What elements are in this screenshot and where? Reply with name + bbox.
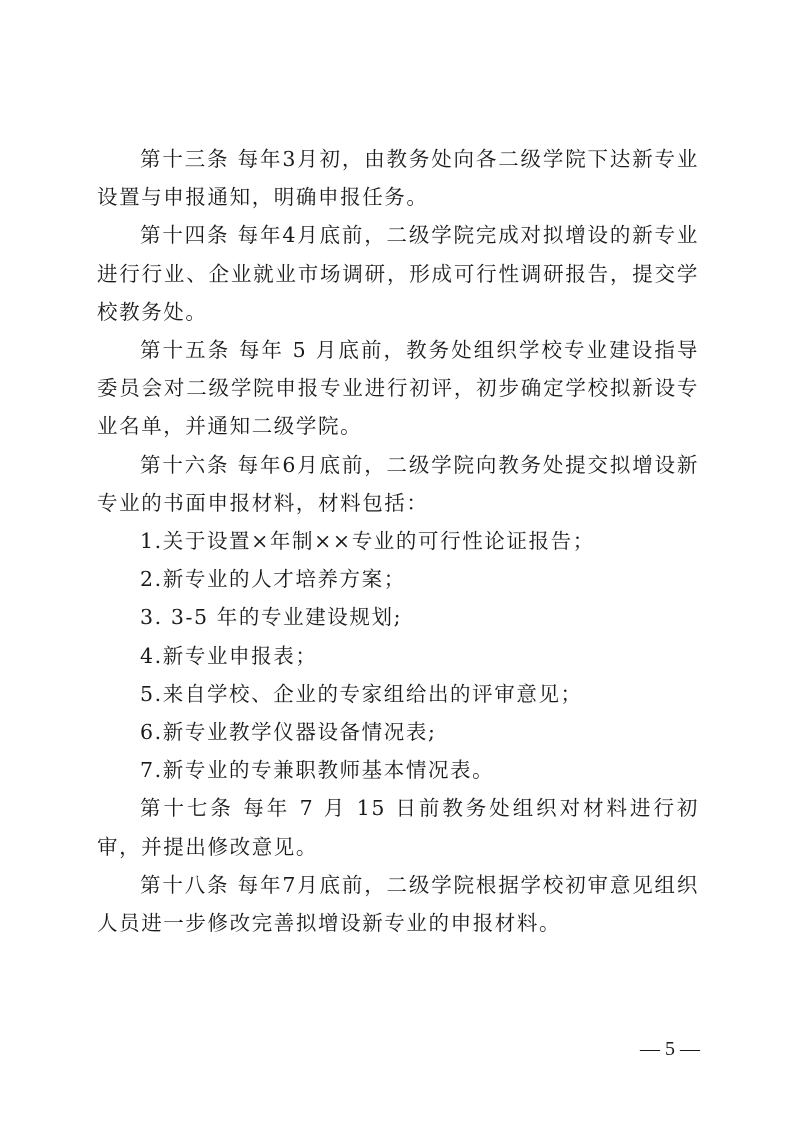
article-16: 第十六条 每年6月底前，二级学院向教务处提交拟增设新专业的书面申报材料，材料包括…	[97, 446, 699, 522]
list-item: 4.新专业申报表；	[97, 637, 699, 675]
article-13: 第十三条 每年3月初，由教务处向各二级学院下达新专业设置与申报通知，明确申报任务…	[97, 140, 699, 216]
list-item: 5.来自学校、企业的专家组给出的评审意见；	[97, 675, 699, 713]
document-body: 第十三条 每年3月初，由教务处向各二级学院下达新专业设置与申报通知，明确申报任务…	[97, 140, 699, 942]
list-item: 1.关于设置×年制××专业的可行性论证报告；	[97, 522, 699, 560]
page-number: — 5 —	[640, 1038, 700, 1061]
list-item: 3. 3-5 年的专业建设规划;	[97, 598, 699, 636]
list-item: 6.新专业教学仪器设备情况表;	[97, 713, 699, 751]
article-17: 第十七条 每年 7 月 15 日前教务处组织对材料进行初审，并提出修改意见。	[97, 789, 699, 865]
article-15: 第十五条 每年 5 月底前，教务处组织学校专业建设指导委员会对二级学院申报专业进…	[97, 331, 699, 446]
list-item: 2.新专业的人才培养方案；	[97, 560, 699, 598]
article-14: 第十四条 每年4月底前，二级学院完成对拟增设的新专业进行行业、企业就业市场调研，…	[97, 216, 699, 331]
list-item: 7.新专业的专兼职教师基本情况表。	[97, 751, 699, 789]
document-page: 第十三条 每年3月初，由教务处向各二级学院下达新专业设置与申报通知，明确申报任务…	[0, 0, 793, 1122]
article-18: 第十八条 每年7月底前，二级学院根据学校初审意见组织人员进一步修改完善拟增设新专…	[97, 866, 699, 942]
